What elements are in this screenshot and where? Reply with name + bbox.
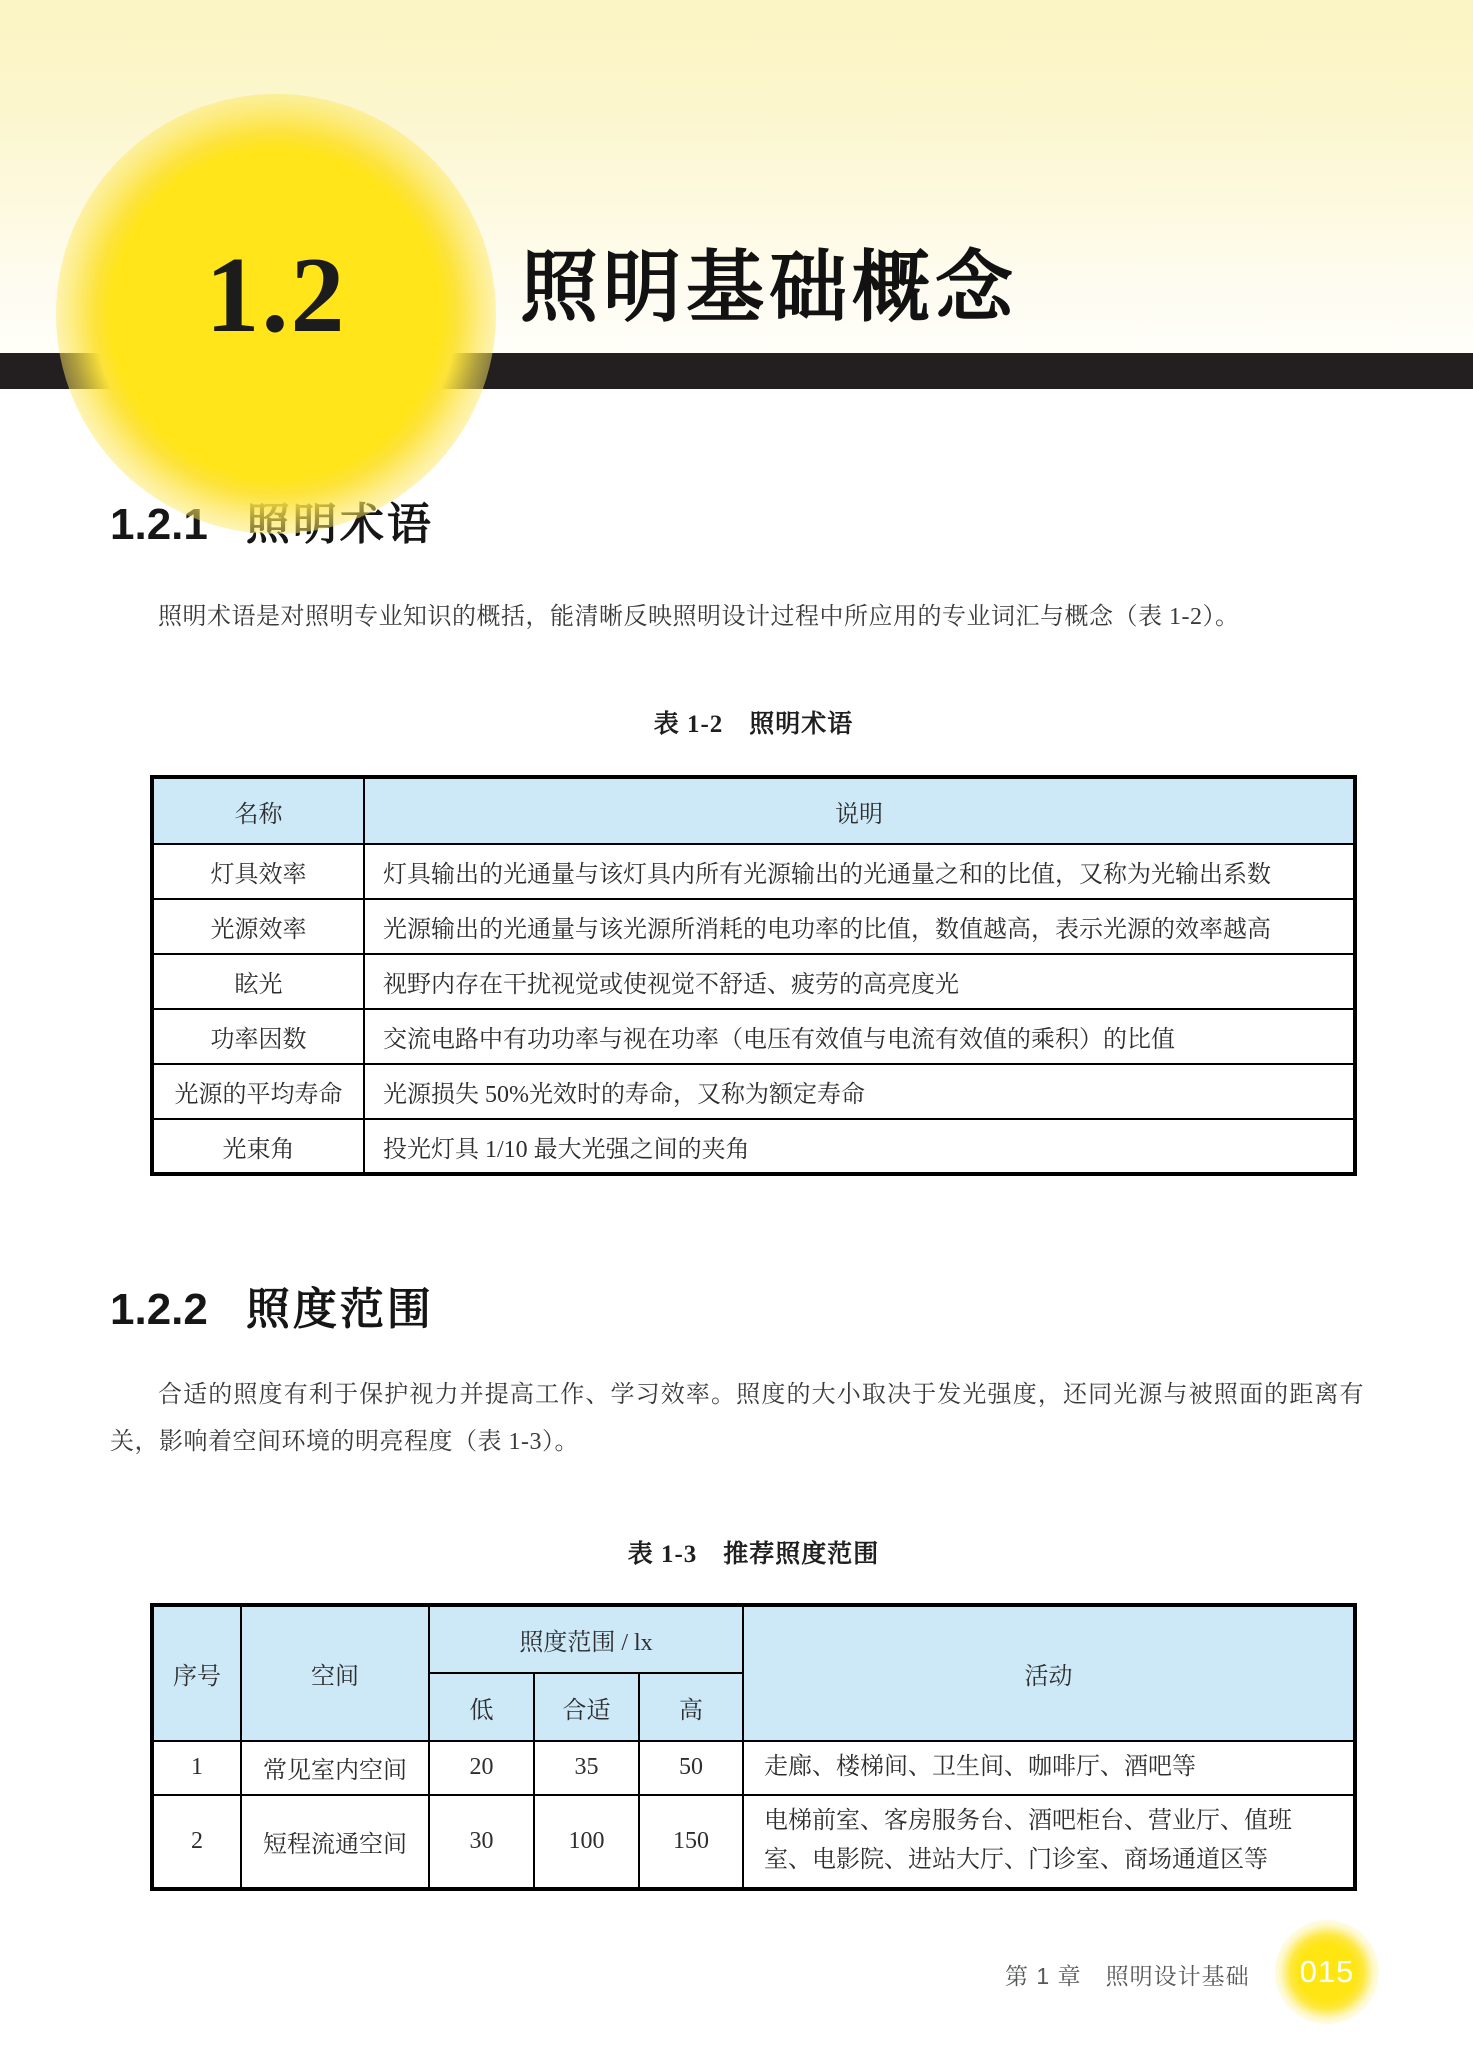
suitable-cell: 35	[534, 1741, 639, 1795]
column-header-space: 空间	[241, 1605, 429, 1741]
low-cell: 30	[429, 1795, 534, 1889]
page-number-sun-icon: 015	[1275, 1920, 1379, 2024]
table-caption: 表 1-2 照明术语	[150, 704, 1357, 740]
description-cell: 灯具输出的光通量与该灯具内所有光源输出的光通量之和的比值，又称为光输出系数	[364, 844, 1355, 899]
chapter-title: 照明基础概念	[520, 243, 1018, 333]
table-row: 功率因数 交流电路中有功功率与视在功率（电压有效值与电流有效值的乘积）的比值	[152, 1009, 1355, 1064]
column-header-suitable: 合适	[534, 1673, 639, 1741]
book-page: 1.2 照明基础概念 1.2.1照明术语 照明术语是对照明专业知识的概括，能清晰…	[0, 0, 1473, 2063]
column-header-description: 说明	[364, 777, 1355, 844]
index-cell: 2	[152, 1795, 241, 1889]
table-row: 光源的平均寿命 光源损失 50%光效时的寿命，又称为额定寿命	[152, 1064, 1355, 1119]
footer-chapter-label: 第 1 章 照明设计基础	[1005, 1958, 1250, 1991]
section-paragraph: 照明术语是对照明专业知识的概括，能清晰反映照明设计过程中所应用的专业词汇与概念（…	[110, 594, 1364, 641]
column-header-range-group: 照度范围 / lx	[429, 1605, 743, 1673]
high-cell: 50	[639, 1741, 743, 1795]
space-cell: 常见室内空间	[241, 1741, 429, 1795]
table-row: 灯具效率 灯具输出的光通量与该灯具内所有光源输出的光通量之和的比值，又称为光输出…	[152, 844, 1355, 899]
column-header-index: 序号	[152, 1605, 241, 1741]
high-cell: 150	[639, 1795, 743, 1889]
activity-cell: 电梯前室、客房服务台、酒吧柜台、营业厅、值班室、电影院、进站大厅、门诊室、商场通…	[743, 1795, 1355, 1889]
illuminance-range-table: 序号 空间 照度范围 / lx 活动 低 合适 高 1 常见室内空间 20 35…	[150, 1603, 1357, 1891]
table-header-row: 序号 空间 照度范围 / lx 活动	[152, 1605, 1355, 1673]
activity-cell: 走廊、楼梯间、卫生间、咖啡厅、酒吧等	[743, 1741, 1355, 1795]
term-cell: 光源的平均寿命	[152, 1064, 364, 1119]
sun-icon: 1.2	[56, 94, 496, 534]
term-cell: 光源效率	[152, 899, 364, 954]
term-cell: 功率因数	[152, 1009, 364, 1064]
table-caption: 表 1-3 推荐照度范围	[150, 1534, 1357, 1570]
term-cell: 眩光	[152, 954, 364, 1009]
table-row: 眩光 视野内存在干扰视觉或使视觉不舒适、疲劳的高亮度光	[152, 954, 1355, 1009]
table-row: 光束角 投光灯具 1/10 最大光强之间的夹角	[152, 1119, 1355, 1174]
section-title: 照度范围	[246, 1285, 434, 1334]
terminology-table: 名称 说明 灯具效率 灯具输出的光通量与该灯具内所有光源输出的光通量之和的比值，…	[150, 775, 1357, 1176]
section-heading-1-2-2: 1.2.2照度范围	[110, 1288, 434, 1332]
description-cell: 交流电路中有功功率与视在功率（电压有效值与电流有效值的乘积）的比值	[364, 1009, 1355, 1064]
description-cell: 投光灯具 1/10 最大光强之间的夹角	[364, 1119, 1355, 1174]
term-cell: 光束角	[152, 1119, 364, 1174]
description-cell: 视野内存在干扰视觉或使视觉不舒适、疲劳的高亮度光	[364, 954, 1355, 1009]
space-cell: 短程流通空间	[241, 1795, 429, 1889]
chapter-number: 1.2	[56, 242, 496, 350]
table-header-row: 名称 说明	[152, 777, 1355, 844]
description-cell: 光源损失 50%光效时的寿命，又称为额定寿命	[364, 1064, 1355, 1119]
column-header-high: 高	[639, 1673, 743, 1741]
index-cell: 1	[152, 1741, 241, 1795]
page-number: 015	[1300, 1954, 1355, 1990]
low-cell: 20	[429, 1741, 534, 1795]
column-header-activity: 活动	[743, 1605, 1355, 1741]
column-header-low: 低	[429, 1673, 534, 1741]
table-row: 2 短程流通空间 30 100 150 电梯前室、客房服务台、酒吧柜台、营业厅、…	[152, 1795, 1355, 1889]
section-number: 1.2.2	[110, 1285, 208, 1334]
table-row: 1 常见室内空间 20 35 50 走廊、楼梯间、卫生间、咖啡厅、酒吧等	[152, 1741, 1355, 1795]
description-cell: 光源输出的光通量与该光源所消耗的电功率的比值，数值越高，表示光源的效率越高	[364, 899, 1355, 954]
table-row: 光源效率 光源输出的光通量与该光源所消耗的电功率的比值，数值越高，表示光源的效率…	[152, 899, 1355, 954]
term-cell: 灯具效率	[152, 844, 364, 899]
suitable-cell: 100	[534, 1795, 639, 1889]
column-header-name: 名称	[152, 777, 364, 844]
section-paragraph: 合适的照度有利于保护视力并提高工作、学习效率。照度的大小取决于发光强度，还同光源…	[110, 1372, 1364, 1466]
